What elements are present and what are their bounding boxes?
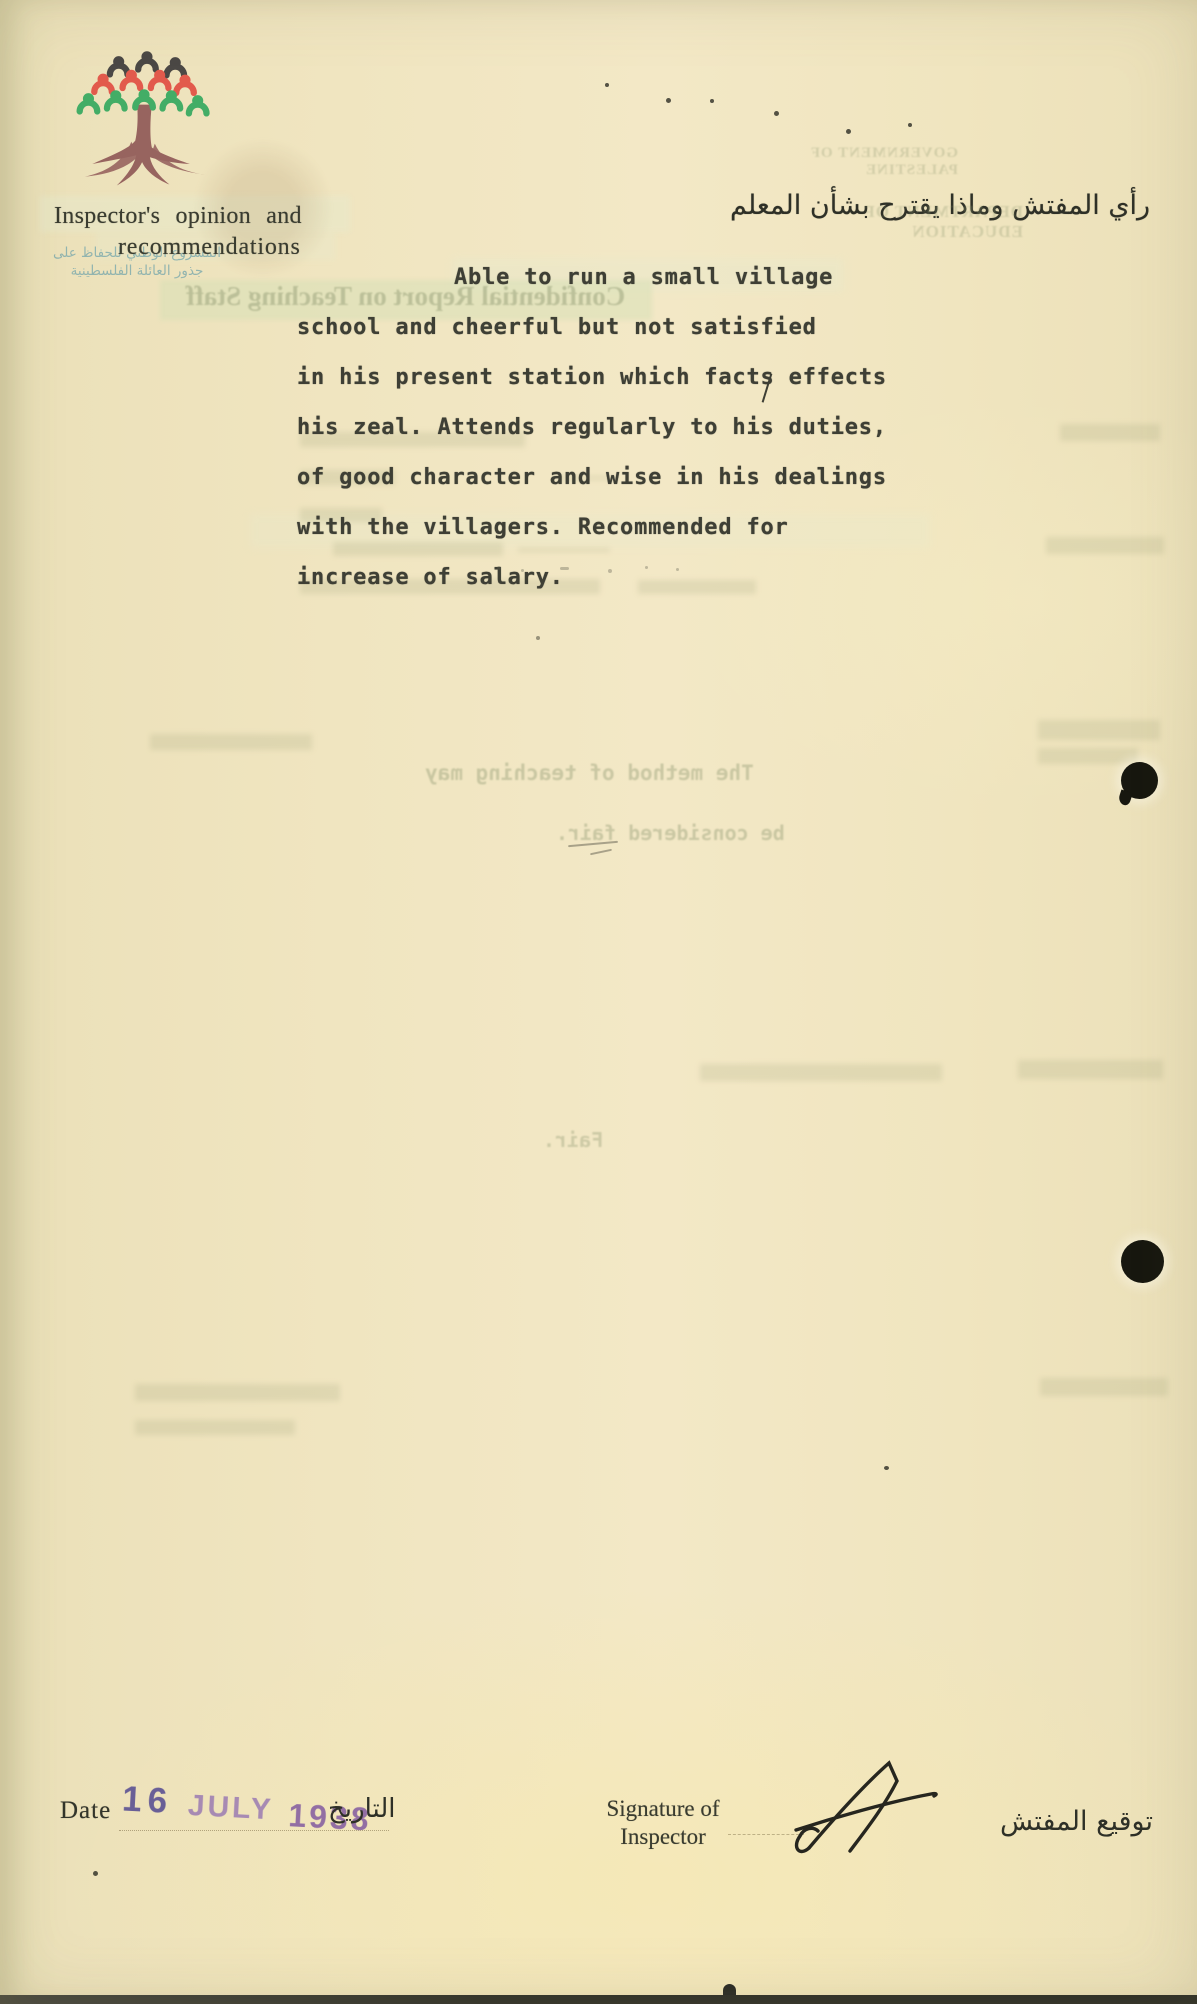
ink-speck [497, 566, 501, 570]
bleedthrough-method-line1: The method of teaching may [425, 761, 754, 785]
pencil-mark [590, 849, 612, 856]
scanned-document-page: المشروع الوطني للحفاظ على جذور العائلة ا… [0, 0, 1197, 2004]
bleedthrough-smudge [135, 1420, 295, 1435]
ink-speck [666, 98, 671, 103]
signature-strokes [793, 1760, 943, 1862]
hole-punch-mark-bottom [1121, 1240, 1164, 1283]
bleedthrough-smudge [1040, 1378, 1168, 1396]
opinion-line: school and cheerful but not satisfied [297, 303, 917, 353]
ink-speck [908, 123, 912, 127]
inspectors-opinion-label-line1: Inspector's opinion and [54, 201, 354, 232]
bleedthrough-rating: Fair. [543, 1128, 603, 1152]
hole-punch-mark-top [1121, 762, 1158, 799]
signature-label: Signature of Inspector [592, 1795, 734, 1851]
bleedthrough-smudge [1060, 424, 1160, 441]
ink-speck [676, 568, 679, 571]
ink-speck [536, 636, 540, 640]
date-stamp-month: JULY [187, 1789, 275, 1827]
ink-speck [608, 569, 612, 573]
ink-speck [605, 83, 609, 87]
inspectors-opinion-text: Able to run a small village school and c… [297, 253, 917, 603]
signature-label-arabic: توقيع المفتش [1000, 1806, 1153, 1837]
bleedthrough-smudge [1038, 748, 1138, 764]
ink-speck [846, 129, 851, 134]
date-stamp-day: 16 [121, 1779, 174, 1822]
opinion-line: his zeal. Attends regularly to his dutie… [297, 403, 917, 453]
ink-speck [774, 111, 779, 116]
opinion-line3-pre: in his present station which fact [297, 365, 761, 390]
bleedthrough-smudge [150, 734, 312, 750]
bleedthrough-government-header: GOVERNMENT OF PALESTINE [768, 145, 958, 179]
ink-speck [93, 1871, 98, 1876]
opinion-line3-struck-letter: s [761, 365, 775, 390]
scan-bottom-edge [0, 1995, 1197, 2004]
date-label-arabic: التاريخ [328, 1794, 396, 1824]
opinion-line: of good character and wise in his dealin… [297, 453, 917, 503]
bleedthrough-department-header: DEPARTMENT OF EDUCATION [788, 202, 1023, 242]
bleedthrough-smudge [1038, 720, 1160, 740]
bleedthrough-smudge [700, 1064, 942, 1081]
archive-caption-line: جذور العائلة الفلسطينية [46, 262, 228, 280]
opinion-line: increase of salary. [297, 553, 917, 603]
ink-speck [521, 569, 524, 572]
signature-label-line2: Inspector [592, 1823, 734, 1851]
opinion-line: with the villagers. Recommended for [297, 503, 917, 553]
ink-speck [645, 566, 648, 569]
bleedthrough-smudge [1018, 1060, 1163, 1079]
opinion-line: in his present station which facts effec… [297, 353, 917, 403]
bleedthrough-smudge [1046, 537, 1164, 554]
bleedthrough-method-line2: be considered fair. [556, 821, 785, 845]
ink-speck [884, 1466, 889, 1470]
opinion-line3-post: effects [775, 365, 887, 390]
bleedthrough-smudge [135, 1384, 340, 1401]
inspector-signature-scribble [793, 1760, 943, 1867]
date-label: Date [60, 1797, 111, 1825]
opinion-line: Able to run a small village [297, 253, 917, 303]
signature-label-line1: Signature of [592, 1795, 734, 1823]
ink-speck [710, 99, 714, 103]
ink-speck [560, 567, 569, 570]
